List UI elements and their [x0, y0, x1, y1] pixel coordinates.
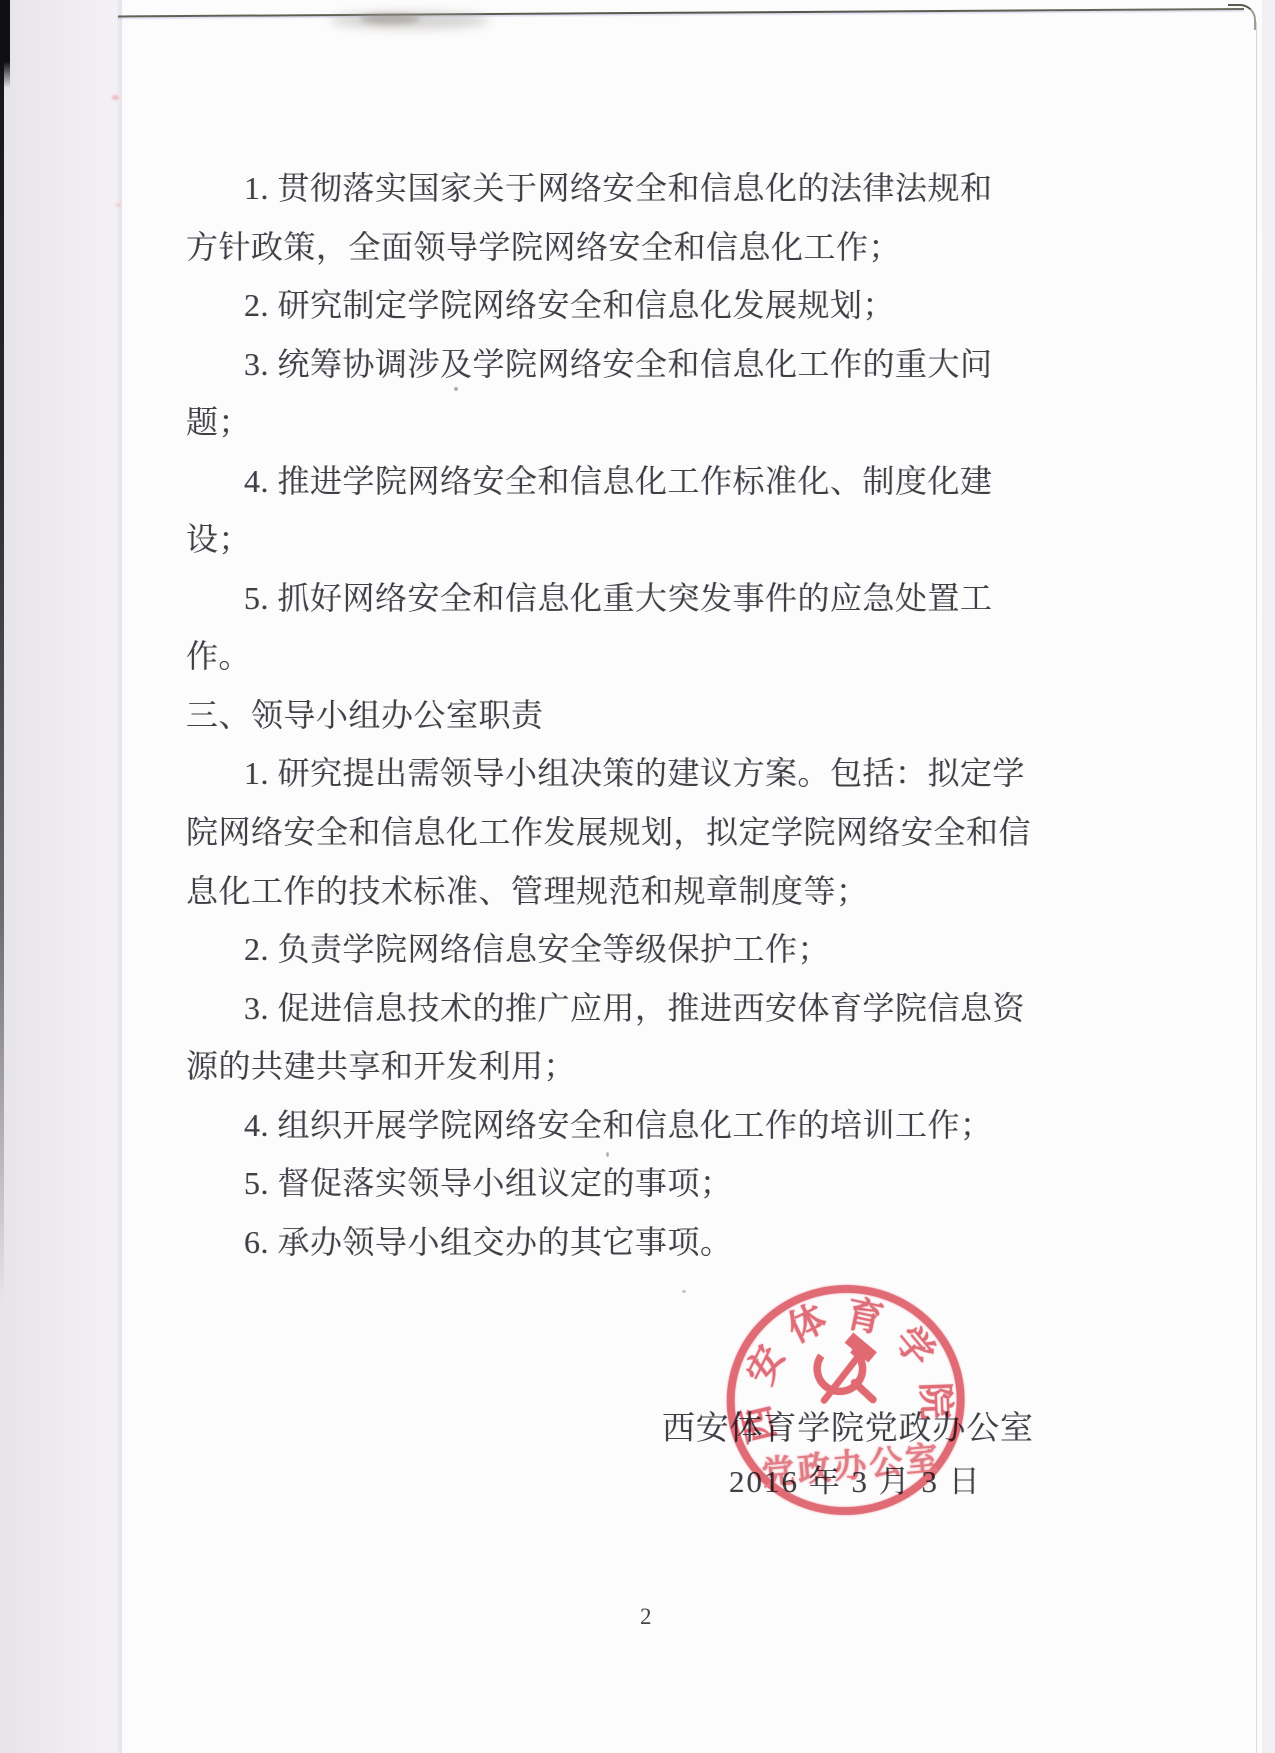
document-line: 1. 贯彻落实国家关于网络安全和信息化的法律法规和 — [186, 159, 976, 218]
document-line: 2. 研究制定学院网络安全和信息化发展规划； — [186, 276, 976, 335]
document-line: 方针政策，全面领导学院网络安全和信息化工作； — [186, 218, 976, 277]
document-line: 设； — [186, 510, 976, 569]
document-line: 4. 组织开展学院网络安全和信息化工作的培训工作； — [186, 1096, 976, 1155]
scan-smudge — [360, 14, 420, 24]
page-right-edge-line — [1256, 22, 1257, 1753]
document-line: 3. 促进信息技术的推广应用，推进西安体育学院信息资 — [186, 979, 976, 1038]
document-line: 3. 统筹协调涉及学院网络安全和信息化工作的重大问 — [186, 335, 976, 394]
scan-speck — [682, 1290, 686, 1293]
scanner-left-strip — [0, 0, 126, 1753]
document-body-text: 1. 贯彻落实国家关于网络安全和信息化的法律法规和 方针政策，全面领导学院网络安… — [186, 159, 976, 1271]
scanner-corner-wedge — [0, 0, 10, 88]
scan-speck — [112, 95, 119, 100]
official-seal: 西 安 体 育 学 院 党政办公室 — [703, 1261, 989, 1547]
document-line: 题； — [186, 393, 976, 452]
document-line: 5. 抓好网络安全和信息化重大突发事件的应急处置工 — [186, 569, 976, 628]
document-line: 5. 督促落实领导小组议定的事项； — [186, 1154, 976, 1213]
document-line: 院网络安全和信息化工作发展规划，拟定学院网络安全和信 — [186, 803, 976, 862]
hammer-sickle-icon — [800, 1324, 891, 1415]
scan-speck — [116, 203, 121, 207]
document-line: 4. 推进学院网络安全和信息化工作标准化、制度化建 — [186, 452, 976, 511]
document-line: 息化工作的技术标准、管理规范和规章制度等； — [186, 862, 976, 921]
document-line: 1. 研究提出需领导小组决策的建议方案。包括：拟定学 — [186, 744, 976, 803]
document-line: 源的共建共享和开发利用； — [186, 1037, 976, 1096]
document-section-heading: 三、领导小组办公室职责 — [186, 686, 976, 745]
page-number: 2 — [640, 1604, 652, 1630]
document-line: 作。 — [186, 627, 976, 686]
scanner-left-edge-shadow — [0, 0, 4, 1300]
document-line: 6. 承办领导小组交办的其它事项。 — [186, 1213, 976, 1272]
document-line: 2. 负责学院网络信息安全等级保护工作； — [186, 920, 976, 979]
seal-arc-char: 院 — [913, 1380, 954, 1421]
